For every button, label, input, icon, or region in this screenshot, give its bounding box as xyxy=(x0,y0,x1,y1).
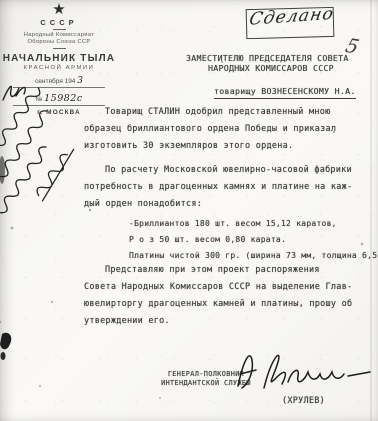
body-line: изготовить 30 экземпляров этого ордена. xyxy=(84,138,336,155)
handwritten-doc-number: 15982с xyxy=(44,93,83,104)
date-month-year: сентября 194 xyxy=(35,78,75,85)
body-line: Представляю при этом проект распоряжения xyxy=(84,262,352,279)
scanned-letter-page: ★ СССР Народный Комиссариат Обороны Союз… xyxy=(0,0,378,421)
rank-line1: ГЕНЕРАЛ-ПОЛКОВНИК xyxy=(150,370,262,379)
body-line: утверждении его. xyxy=(84,313,352,330)
letterhead-divider xyxy=(53,48,66,49)
materials-list: -Бриллиантов 180 шт. весом 15,12 каратов… xyxy=(129,216,378,264)
body-line: потребность в драгоценных камнях и плати… xyxy=(84,179,352,196)
recipient-line2: НАРОДНЫХ КОМИССАРОВ СССР xyxy=(186,64,356,74)
body-paragraph-1: Товарищ СТАЛИН одобрил представленный мн… xyxy=(84,104,336,155)
body-line: ювелирторгу драгоценных камней и платины… xyxy=(84,296,352,313)
rank-line2: ИНТЕНДАНТСКОЙ СЛУЖБЫ xyxy=(150,379,262,388)
body-line: Совета Народных Комиссаров СССР на выдел… xyxy=(84,279,352,296)
number-prefix: № xyxy=(35,96,42,103)
letterhead-org-line1: Народный Комиссариат xyxy=(0,32,118,39)
letterhead: ★ СССР Народный Комиссариат Обороны Союз… xyxy=(0,2,118,116)
recipient-addressee: товарищу ВОЗНЕСЕНСКОМУ Н.А. xyxy=(214,86,356,99)
soviet-star-icon: ★ xyxy=(0,2,118,17)
letterhead-date-line: сентября 194 3 xyxy=(13,76,105,88)
body-line: По расчету Московской ювелирно-часовой ф… xyxy=(84,162,352,179)
signer-typed-name: (ХРУЛЕВ) xyxy=(282,396,325,406)
body-line: Товарищ СТАЛИН одобрил представленный мн… xyxy=(84,104,336,121)
letterhead-country: СССР xyxy=(0,18,118,27)
body-line: образец бриллиантового ордена Победы и п… xyxy=(84,121,336,138)
recipient-block: ЗАМЕСТИТЕЛЮ ПРЕДСЕДАТЕЛЯ СОВЕТА НАРОДНЫХ… xyxy=(186,54,356,74)
body-paragraph-3: Представляю при этом проект распоряжения… xyxy=(84,262,352,330)
list-item-diamonds: -Бриллиантов 180 шт. весом 15,12 каратов… xyxy=(129,216,378,232)
letterhead-divider xyxy=(53,29,66,30)
letterhead-subtitle: КРАСНОЙ АРМИИ xyxy=(0,65,118,71)
letterhead-title: НАЧАЛЬНИК ТЫЛА xyxy=(0,53,118,64)
letterhead-org-line2: Обороны Союза ССР xyxy=(0,39,118,46)
body-line: дый орден понадобится: xyxy=(84,196,352,213)
list-item-rose-diamonds: Р о з 50 шт. весом 0,80 карата. xyxy=(129,232,378,248)
signer-rank-block: ГЕНЕРАЛ-ПОЛКОВНИК ИНТЕНДАНТСКОЙ СЛУЖБЫ xyxy=(150,370,262,388)
handwritten-year-digit: 3 xyxy=(77,76,83,86)
body-paragraph-2: По расчету Московской ювелирно-часовой ф… xyxy=(84,162,352,213)
